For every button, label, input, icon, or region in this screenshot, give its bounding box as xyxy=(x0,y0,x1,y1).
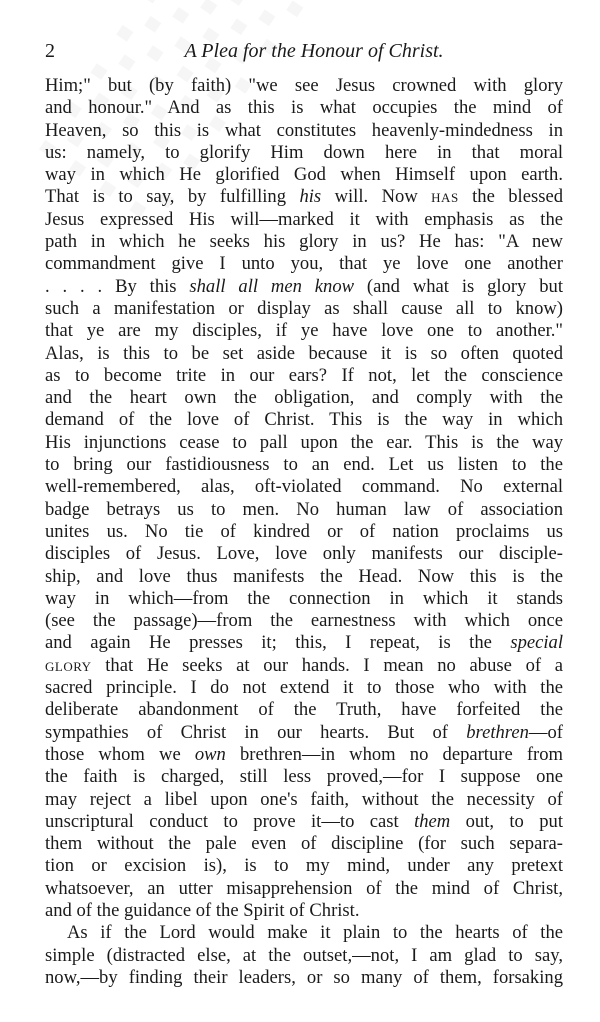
text-line: . . . . By this shall all men know (and … xyxy=(45,276,563,298)
text-line: the faith is charged, still less proved,… xyxy=(45,766,563,788)
text-line: His injunctions cease to pall upon the e… xyxy=(45,432,563,454)
text-segment: the blessed xyxy=(459,186,563,207)
text-segment: us: namely, to glorify Him down here in … xyxy=(45,142,563,163)
text-segment: such a manifestation or display as shall… xyxy=(45,298,563,319)
text-line: way in which—from the connection in whic… xyxy=(45,588,563,610)
text-line: way in which He glorified God when Himse… xyxy=(45,164,563,186)
text-segment: demand of the love of Christ. This is th… xyxy=(45,409,563,430)
italic-text: own xyxy=(195,744,226,765)
text-line: tion or excision is), is to my mind, und… xyxy=(45,855,563,877)
text-line: them without the pale even of discipline… xyxy=(45,833,563,855)
italic-text: brethren xyxy=(466,722,529,743)
text-segment: that ye are my disciples, if ye have lov… xyxy=(45,320,563,341)
text-segment: brethren—in whom no departure from xyxy=(226,744,563,765)
text-line: and again He presses it; this, I repeat,… xyxy=(45,632,563,654)
text-segment: badge betrays us to men. No human law of… xyxy=(45,499,563,520)
text-line: to bring our fastidiousness to an end. L… xyxy=(45,454,563,476)
text-line: whatsoever, an utter misapprehension of … xyxy=(45,878,563,900)
text-line: sympathies of Christ in our hearts. But … xyxy=(45,722,563,744)
text-segment: as to become trite in our ears? If not, … xyxy=(45,365,563,386)
text-segment: to bring our fastidiousness to an end. L… xyxy=(45,454,563,475)
text-segment: the faith is charged, still less proved,… xyxy=(45,766,563,787)
text-segment: will. Now xyxy=(321,186,431,207)
text-segment: way in which—from the connection in whic… xyxy=(45,588,563,609)
text-segment: may reject a libel upon one's faith, wit… xyxy=(45,789,563,810)
text-segment: that He seeks at our hands. I mean no ab… xyxy=(92,655,563,676)
text-segment: and honour." And as this is what occupie… xyxy=(45,97,563,118)
text-segment: . . . . By this xyxy=(45,276,189,297)
text-line: Alas, is this to be set aside because it… xyxy=(45,343,563,365)
text-segment: Alas, is this to be set aside because it… xyxy=(45,343,563,364)
text-segment: sympathies of Christ in our hearts. But … xyxy=(45,722,466,743)
page-header: 2 A Plea for the Honour of Christ. xyxy=(45,38,563,66)
text-line: As if the Lord would make it plain to th… xyxy=(45,922,563,944)
text-line: That is to say, by fulfilling his will. … xyxy=(45,186,563,208)
text-segment: path in which he seeks his glory in us? … xyxy=(45,231,563,252)
text-segment: unscriptural conduct to prove it—to cast xyxy=(45,811,414,832)
italic-text: special xyxy=(510,632,563,653)
text-line: those whom we own brethren—in whom no de… xyxy=(45,744,563,766)
text-line: simple (distracted else, at the outset,—… xyxy=(45,945,563,967)
text-segment: and again He presses it; this, I repeat,… xyxy=(45,632,510,653)
text-segment: disciples of Jesus. Love, love only mani… xyxy=(45,543,563,564)
text-segment: deliberate abandonment of the Truth, hav… xyxy=(45,699,563,720)
italic-text: his xyxy=(299,186,321,207)
text-segment: As if the Lord would make it plain to th… xyxy=(67,922,563,943)
text-segment: those whom we xyxy=(45,744,195,765)
text-line: and honour." And as this is what occupie… xyxy=(45,97,563,119)
text-line: Jesus expressed His will—marked it with … xyxy=(45,209,563,231)
text-segment: commandment give I unto you, that ye lov… xyxy=(45,253,563,274)
text-segment: Heaven, so this is what constitutes heav… xyxy=(45,120,563,141)
text-line: badge betrays us to men. No human law of… xyxy=(45,499,563,521)
text-segment: now,—by finding their leaders, or so man… xyxy=(45,967,563,988)
text-line: sacred principle. I do not extend it to … xyxy=(45,677,563,699)
text-segment: and of the guidance of the Spirit of Chr… xyxy=(45,900,359,921)
text-segment: tion or excision is), is to my mind, und… xyxy=(45,855,563,876)
text-line: as to become trite in our ears? If not, … xyxy=(45,365,563,387)
text-line: path in which he seeks his glory in us? … xyxy=(45,231,563,253)
text-line: us: namely, to glorify Him down here in … xyxy=(45,142,563,164)
text-segment: Jesus expressed His will—marked it with … xyxy=(45,209,563,230)
text-segment: sacred principle. I do not extend it to … xyxy=(45,677,563,698)
italic-text: them xyxy=(414,811,450,832)
text-line: Heaven, so this is what constitutes heav… xyxy=(45,120,563,142)
text-segment: (and what is glory but xyxy=(354,276,563,297)
text-line: that ye are my disciples, if ye have lov… xyxy=(45,320,563,342)
text-line: (see the passage)—from the earnestness w… xyxy=(45,610,563,632)
text-line: now,—by finding their leaders, or so man… xyxy=(45,967,563,989)
text-line: commandment give I unto you, that ye lov… xyxy=(45,253,563,275)
text-line: and of the guidance of the Spirit of Chr… xyxy=(45,900,563,922)
text-segment: well-remembered, alas, oft-violated comm… xyxy=(45,476,563,497)
small-caps-text: glory xyxy=(45,655,92,676)
running-title: A Plea for the Honour of Christ. xyxy=(45,40,563,63)
text-segment: —of xyxy=(529,722,563,743)
italic-text: shall all men know xyxy=(189,276,354,297)
text-line: disciples of Jesus. Love, love only mani… xyxy=(45,543,563,565)
text-line: such a manifestation or display as shall… xyxy=(45,298,563,320)
text-segment: way in which He glorified God when Himse… xyxy=(45,164,563,185)
text-segment: them without the pale even of discipline… xyxy=(45,833,563,854)
text-line: unscriptural conduct to prove it—to cast… xyxy=(45,811,563,833)
text-segment: whatsoever, an utter misapprehension of … xyxy=(45,878,563,899)
small-caps-text: has xyxy=(431,186,459,207)
text-line: demand of the love of Christ. This is th… xyxy=(45,409,563,431)
text-segment: That is to say, by fulfilling xyxy=(45,186,299,207)
text-segment: simple (distracted else, at the outset,—… xyxy=(45,945,563,966)
text-line: ship, and love thus manifests the Head. … xyxy=(45,566,563,588)
text-line: well-remembered, alas, oft-violated comm… xyxy=(45,476,563,498)
text-line: glory that He seeks at our hands. I mean… xyxy=(45,655,563,677)
text-line: deliberate abandonment of the Truth, hav… xyxy=(45,699,563,721)
text-segment: unites us. No tie of kindred or of natio… xyxy=(45,521,563,542)
text-segment: His injunctions cease to pall upon the e… xyxy=(45,432,563,453)
text-segment: ship, and love thus manifests the Head. … xyxy=(45,566,563,587)
text-segment: (see the passage)—from the earnestness w… xyxy=(45,610,563,631)
body-text: Him;" but (by faith) "we see Jesus crown… xyxy=(45,75,563,989)
text-line: Him;" but (by faith) "we see Jesus crown… xyxy=(45,75,563,97)
text-segment: and the heart own the obligation, and co… xyxy=(45,387,563,408)
text-segment: Him;" but (by faith) "we see Jesus crown… xyxy=(45,75,563,96)
text-line: may reject a libel upon one's faith, wit… xyxy=(45,789,563,811)
text-line: and the heart own the obligation, and co… xyxy=(45,387,563,409)
text-line: unites us. No tie of kindred or of natio… xyxy=(45,521,563,543)
text-segment: out, to put xyxy=(450,811,563,832)
